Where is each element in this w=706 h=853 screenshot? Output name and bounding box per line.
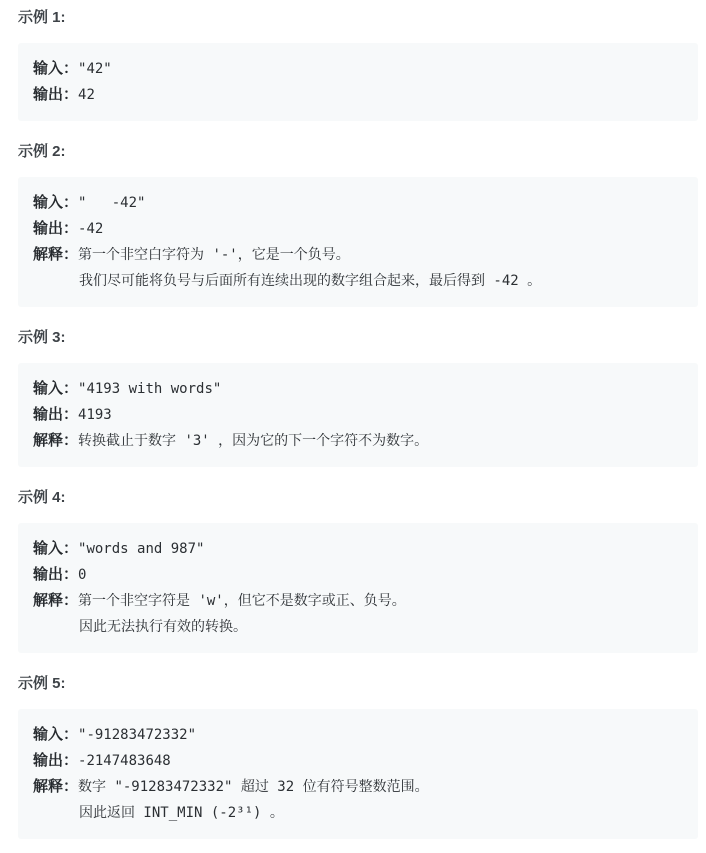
example-code-block: 输入："4193 with words"输出：4193解释：转换截止于数字 '3… <box>18 363 698 467</box>
example-code-block: 输入："-91283472332"输出：-2147483648解释：数字 "-9… <box>18 709 698 839</box>
code-line: 因此无法执行有效的转换。 <box>33 614 683 640</box>
line-text: "42" <box>78 61 112 77</box>
line-text: "-91283472332" <box>78 727 196 743</box>
code-line: 输入：" -42" <box>33 190 683 216</box>
code-line: 输出：-2147483648 <box>33 748 683 774</box>
code-line: 输入："-91283472332" <box>33 722 683 748</box>
line-text: 0 <box>78 567 86 583</box>
line-label: 输出： <box>33 86 78 103</box>
code-line: 解释：第一个非空字符是 'w'，但它不是数字或正、负号。 <box>33 588 683 614</box>
line-label: 输入： <box>33 380 78 397</box>
example-section: 示例 4: 输入："words and 987"输出：0解释：第一个非空字符是 … <box>18 488 698 653</box>
line-text: 4193 <box>78 407 112 423</box>
code-line: 输入："words and 987" <box>33 536 683 562</box>
example-section: 示例 2: 输入：" -42"输出：-42解释：第一个非空白字符为 '-'，它是… <box>18 142 698 307</box>
line-text: 因此返回 INT_MIN (-2³¹) 。 <box>79 805 284 821</box>
line-text: 42 <box>78 87 95 103</box>
line-label: 解释： <box>33 778 78 795</box>
example-code-block: 输入：" -42"输出：-42解释：第一个非空白字符为 '-'，它是一个负号。我… <box>18 177 698 307</box>
example-title: 示例 3: <box>18 328 698 347</box>
example-code-block: 输入："words and 987"输出：0解释：第一个非空字符是 'w'，但它… <box>18 523 698 653</box>
line-label: 输出： <box>33 220 78 237</box>
example-section: 示例 5: 输入："-91283472332"输出：-2147483648解释：… <box>18 674 698 839</box>
code-line: 因此返回 INT_MIN (-2³¹) 。 <box>33 800 683 826</box>
code-line: 输出：4193 <box>33 402 683 428</box>
example-title: 示例 2: <box>18 142 698 161</box>
line-text: 因此无法执行有效的转换。 <box>79 619 247 635</box>
example-title: 示例 4: <box>18 488 698 507</box>
code-line: 输出：-42 <box>33 216 683 242</box>
line-text: 第一个非空白字符为 '-'，它是一个负号。 <box>78 247 350 263</box>
problem-examples: 示例 1: 输入："42"输出：42 示例 2: 输入：" -42"输出：-42… <box>18 8 698 839</box>
line-label: 输出： <box>33 752 78 769</box>
code-line: 输出：42 <box>33 82 683 108</box>
code-line: 我们尽可能将负号与后面所有连续出现的数字组合起来，最后得到 -42 。 <box>33 268 683 294</box>
line-text: " -42" <box>78 195 145 211</box>
code-line: 输出：0 <box>33 562 683 588</box>
line-label: 解释： <box>33 432 78 449</box>
example-title: 示例 5: <box>18 674 698 693</box>
line-text: 数字 "-91283472332" 超过 32 位有符号整数范围。 <box>78 779 429 795</box>
code-line: 输入："4193 with words" <box>33 376 683 402</box>
line-text: 转换截止于数字 '3' ，因为它的下一个字符不为数字。 <box>78 433 428 449</box>
line-text: 第一个非空字符是 'w'，但它不是数字或正、负号。 <box>78 593 406 609</box>
code-line: 解释：数字 "-91283472332" 超过 32 位有符号整数范围。 <box>33 774 683 800</box>
line-label: 解释： <box>33 592 78 609</box>
example-section: 示例 3: 输入："4193 with words"输出：4193解释：转换截止… <box>18 328 698 467</box>
example-code-block: 输入："42"输出：42 <box>18 43 698 121</box>
example-title: 示例 1: <box>18 8 698 27</box>
line-text: 我们尽可能将负号与后面所有连续出现的数字组合起来，最后得到 -42 。 <box>79 273 541 289</box>
code-line: 解释：第一个非空白字符为 '-'，它是一个负号。 <box>33 242 683 268</box>
line-text: -42 <box>78 221 103 237</box>
line-label: 解释： <box>33 246 78 263</box>
line-label: 输入： <box>33 60 78 77</box>
code-line: 解释：转换截止于数字 '3' ，因为它的下一个字符不为数字。 <box>33 428 683 454</box>
line-text: -2147483648 <box>78 753 171 769</box>
line-text: "words and 987" <box>78 541 204 557</box>
line-label: 输入： <box>33 726 78 743</box>
line-label: 输入： <box>33 540 78 557</box>
line-label: 输出： <box>33 406 78 423</box>
line-label: 输出： <box>33 566 78 583</box>
line-text: "4193 with words" <box>78 381 221 397</box>
example-section: 示例 1: 输入："42"输出：42 <box>18 8 698 121</box>
code-line: 输入："42" <box>33 56 683 82</box>
line-label: 输入： <box>33 194 78 211</box>
